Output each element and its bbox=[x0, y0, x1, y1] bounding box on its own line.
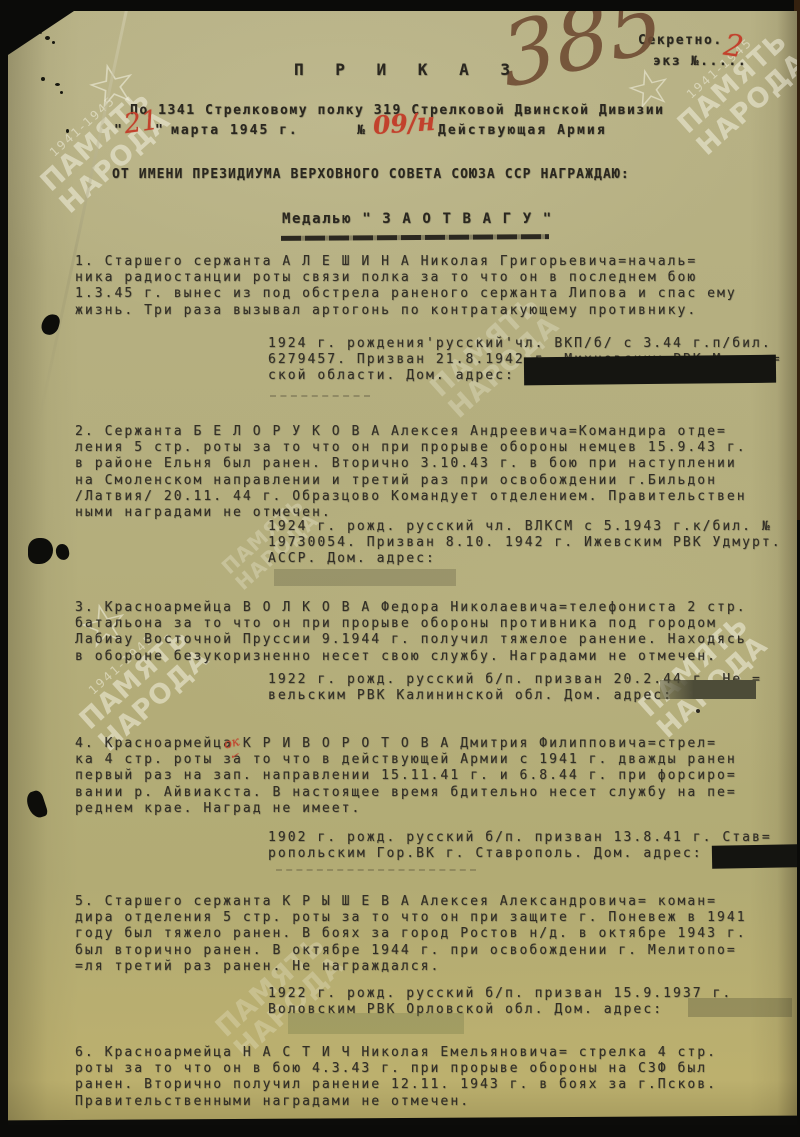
separator-dashes bbox=[270, 395, 370, 397]
medal-heading: Медалью " З А О Т В А Г У " bbox=[282, 211, 553, 227]
order-number-sign: № bbox=[357, 123, 367, 139]
redaction-box bbox=[660, 680, 756, 699]
date-quote-close: " bbox=[155, 123, 165, 139]
scan-bottom-edge bbox=[4, 1116, 800, 1135]
paper-crease bbox=[37, 5, 129, 426]
date-text: марта 1945 г. bbox=[171, 123, 299, 139]
paper-hole bbox=[40, 312, 62, 336]
paper-hole bbox=[28, 538, 53, 564]
watermark-pamyat-naroda: 1941-1945 ПАМЯТЬ НАРОДА bbox=[14, 63, 190, 231]
scanned-order-page: { "meta": { "document_kind": "scanned ty… bbox=[0, 0, 800, 1137]
redaction-faded bbox=[688, 998, 792, 1017]
page-number-handwritten: 385 bbox=[495, 0, 668, 109]
paper-sheet: ☆ 1941-1945 ПАМЯТЬ НАРОДА ☆ 1941-1945 ПА… bbox=[8, 11, 797, 1125]
redaction-box bbox=[712, 844, 798, 868]
order-title: П Р И К А З bbox=[294, 62, 521, 78]
entry-2-service-record: 1924 г. рожд. русский чл. ВЛКСМ с 5.1943… bbox=[268, 519, 788, 568]
entry-3-text: 3. Красноармейца В О Л К О В А Федора Ни… bbox=[75, 600, 785, 665]
entry-2-text: 2. Сержанта Б Е Л О Р У К О В А Алексея … bbox=[75, 424, 785, 521]
date-quote-open: " bbox=[114, 123, 124, 139]
paper-hole bbox=[55, 543, 71, 561]
entry-4-service-record: 1902 г. рожд. русский б/п. призван 13.8.… bbox=[268, 830, 788, 862]
army-label: Действующая Армия bbox=[438, 123, 607, 139]
redaction-box bbox=[524, 355, 776, 386]
preamble: ОТ ИМЕНИ ПРЕЗИДИУМА ВЕРХОВНОГО СОВЕТА СО… bbox=[112, 167, 630, 183]
entry-6-text: 6. Красноармейца Н А С Т И Ч Николая Еме… bbox=[75, 1045, 785, 1110]
entry-1-text: 1. Старшего сержанта А Л Е Ш И Н А Никол… bbox=[75, 254, 785, 319]
ink-squiggle bbox=[24, 789, 49, 820]
redaction-faded bbox=[274, 569, 456, 586]
ink-dot bbox=[696, 709, 700, 713]
redaction-faded bbox=[288, 1013, 464, 1034]
entry-4-text: 4. Красноармейца К Р И В О Р О Т О В А Д… bbox=[75, 736, 785, 817]
medal-heading-underline bbox=[281, 234, 549, 241]
entry-5-text: 5. Старшего сержанта К Р Ы Ш Е В А Алекс… bbox=[75, 894, 785, 975]
separator-dashes bbox=[276, 869, 476, 871]
order-number-handwritten: 09/н bbox=[372, 107, 436, 140]
